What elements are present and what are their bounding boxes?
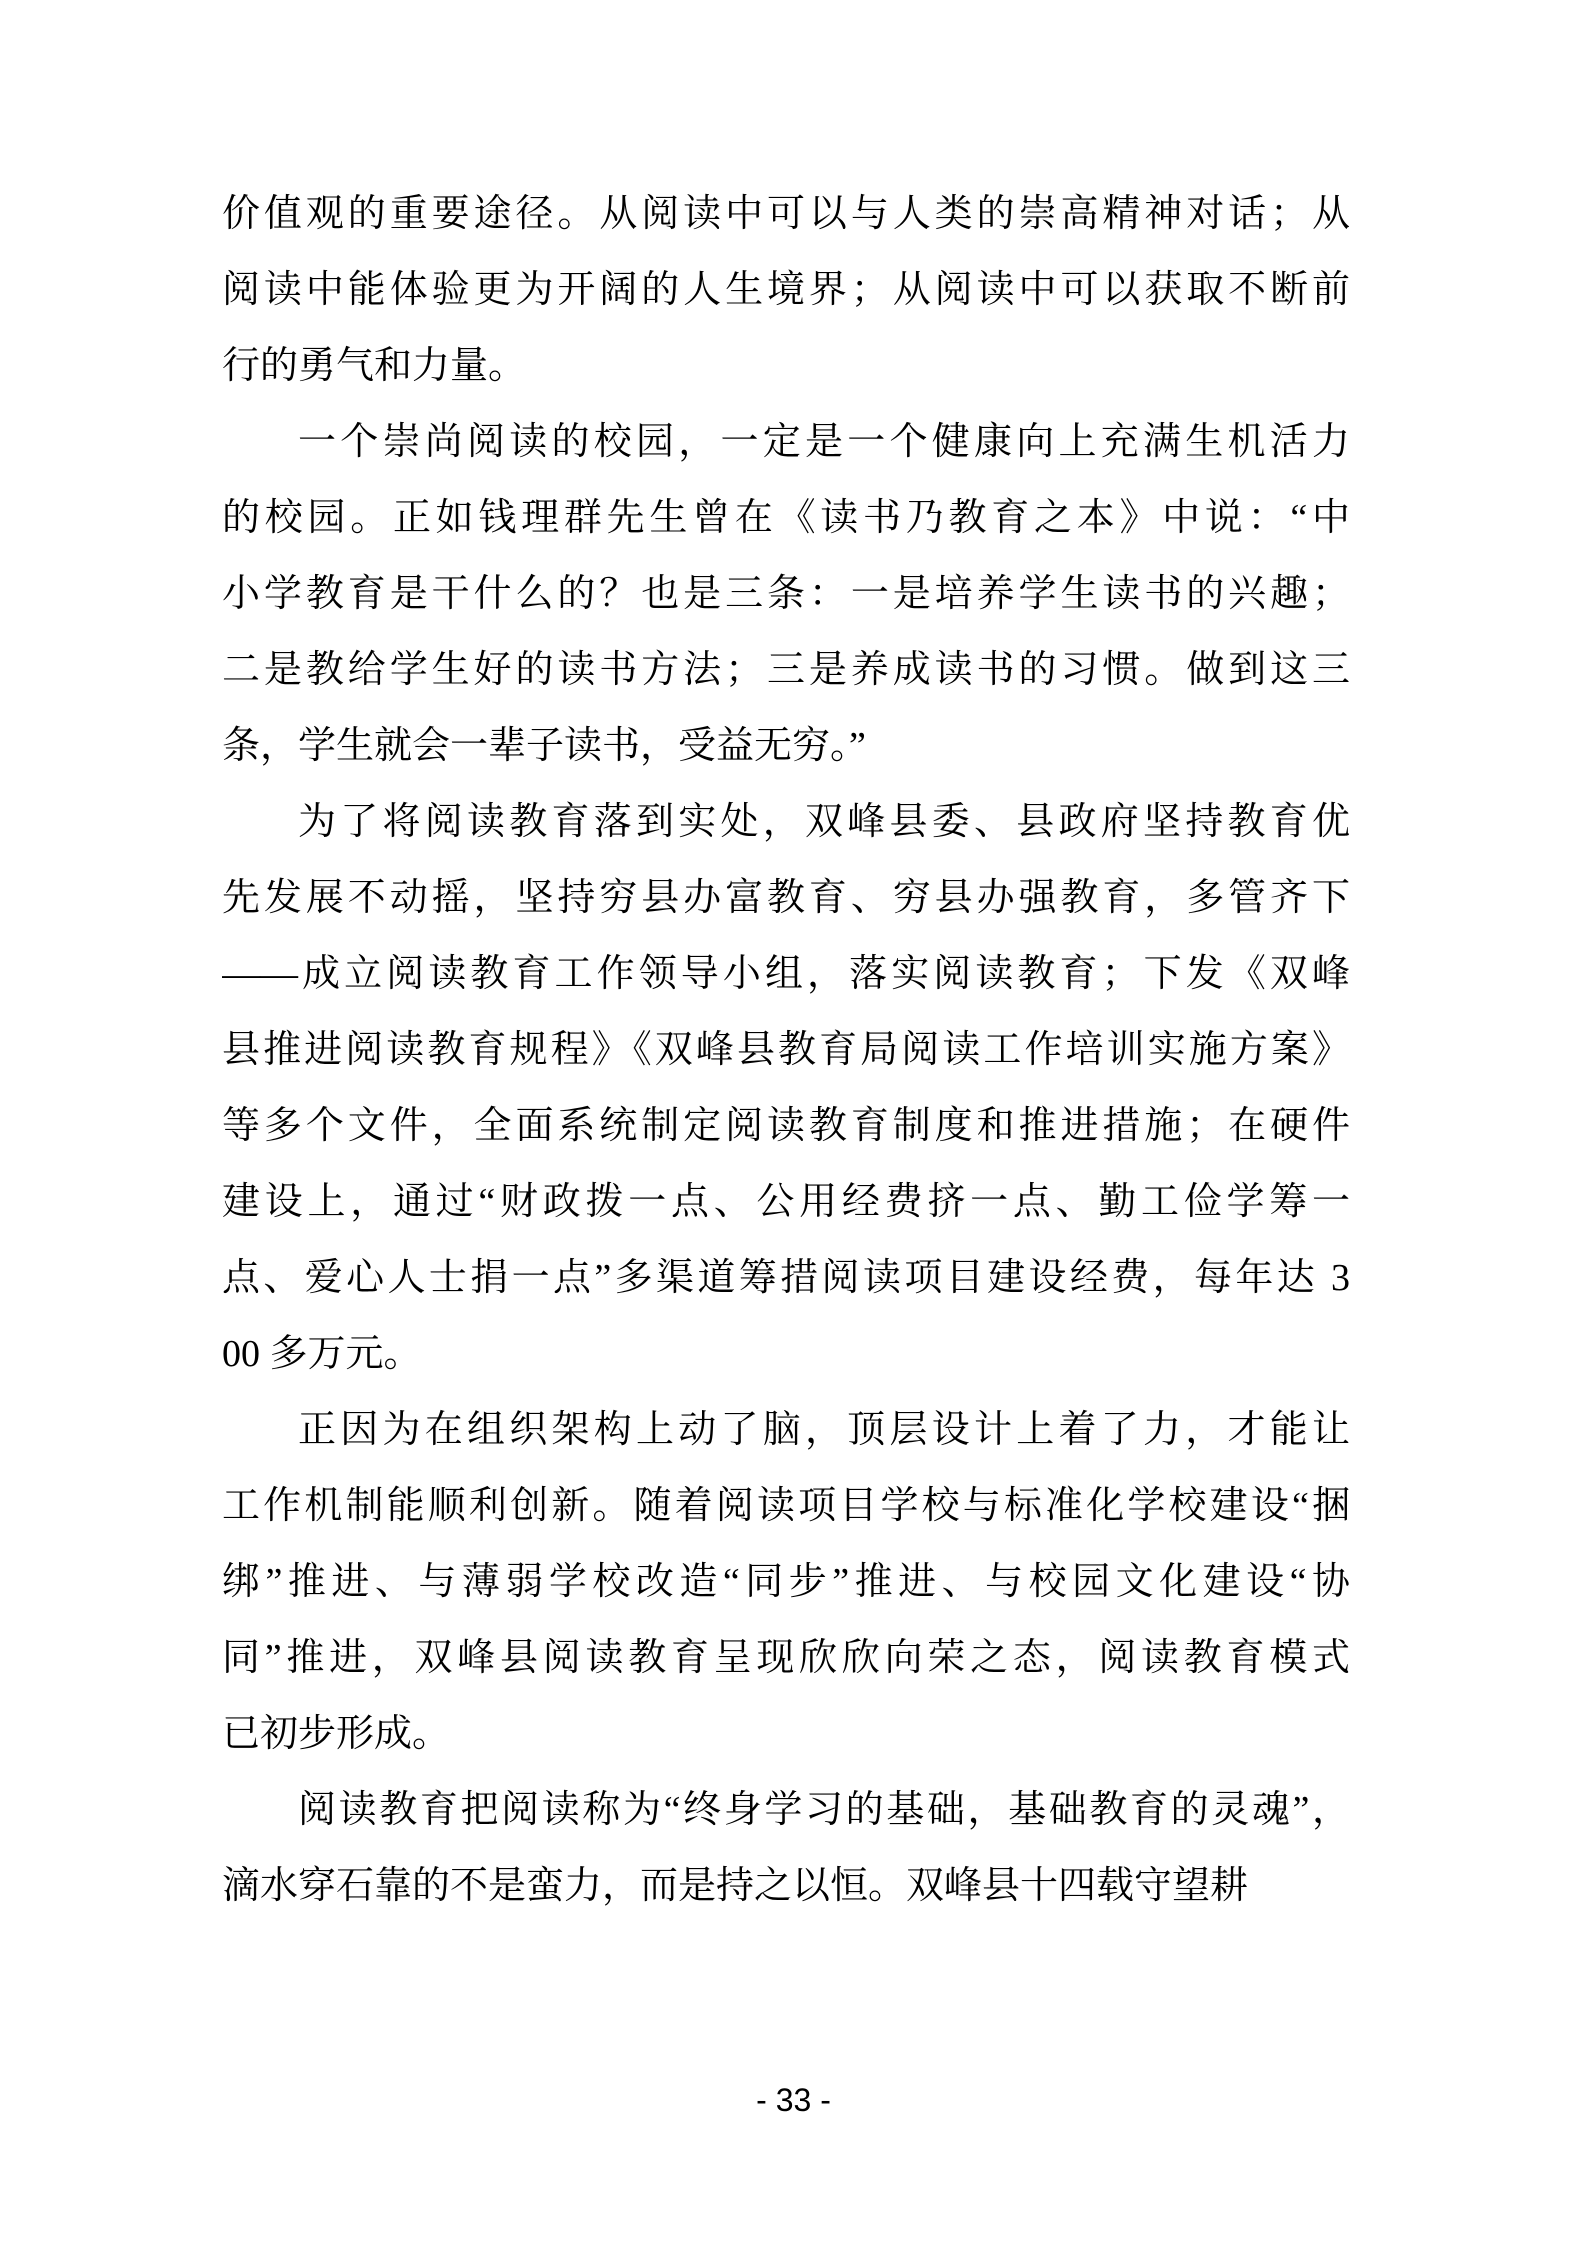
text-line: 先发展不动摇，坚持穷县办富教育、穷县办强教育，多管齐下 (222, 860, 1350, 936)
paragraph: 价值观的重要途径。从阅读中可以与人类的崇高精神对话；从阅读中能体验更为开阔的人生… (222, 176, 1350, 404)
text-line: 正因为在组织架构上动了脑，顶层设计上着了力，才能让 (222, 1392, 1350, 1468)
text-line: 00 多万元。 (222, 1316, 1350, 1392)
paragraph: 正因为在组织架构上动了脑，顶层设计上着了力，才能让工作机制能顺利创新。随着阅读项… (222, 1392, 1350, 1772)
text-line: 二是教给学生好的读书方法；三是养成读书的习惯。做到这三 (222, 632, 1350, 708)
text-line: 阅读中能体验更为开阔的人生境界；从阅读中可以获取不断前 (222, 252, 1350, 328)
text-line: 滴水穿石靠的不是蛮力，而是持之以恒。双峰县十四载守望耕 (222, 1848, 1350, 1924)
text-line: 为了将阅读教育落到实处，双峰县委、县政府坚持教育优 (222, 784, 1350, 860)
text-line: 阅读教育把阅读称为“终身学习的基础，基础教育的灵魂”， (222, 1772, 1350, 1848)
text-line: 行的勇气和力量。 (222, 328, 1350, 404)
text-line: ——成立阅读教育工作领导小组，落实阅读教育；下发《双峰 (222, 936, 1350, 1012)
text-line: 一个崇尚阅读的校园，一定是一个健康向上充满生机活力 (222, 404, 1350, 480)
text-line: 条，学生就会一辈子读书，受益无穷。” (222, 708, 1350, 784)
text-line: 县推进阅读教育规程》《双峰县教育局阅读工作培训实施方案》 (222, 1012, 1350, 1088)
text-line: 建设上，通过“财政拨一点、公用经费挤一点、勤工俭学筹一 (222, 1164, 1350, 1240)
text-line: 已初步形成。 (222, 1696, 1350, 1772)
text-line: 绑”推进、与薄弱学校改造“同步”推进、与校园文化建设“协 (222, 1544, 1350, 1620)
paragraph: 为了将阅读教育落到实处，双峰县委、县政府坚持教育优先发展不动摇，坚持穷县办富教育… (222, 784, 1350, 1392)
text-line: 的校园。正如钱理群先生曾在《读书乃教育之本》中说：“中 (222, 480, 1350, 556)
paragraph: 阅读教育把阅读称为“终身学习的基础，基础教育的灵魂”，滴水穿石靠的不是蛮力，而是… (222, 1772, 1350, 1924)
document-page: 价值观的重要途径。从阅读中可以与人类的崇高精神对话；从阅读中能体验更为开阔的人生… (0, 0, 1587, 2245)
text-line: 等多个文件，全面系统制定阅读教育制度和推进措施；在硬件 (222, 1088, 1350, 1164)
text-line: 同”推进，双峰县阅读教育呈现欣欣向荣之态，阅读教育模式 (222, 1620, 1350, 1696)
paragraph: 一个崇尚阅读的校园，一定是一个健康向上充满生机活力的校园。正如钱理群先生曾在《读… (222, 404, 1350, 784)
document-body: 价值观的重要途径。从阅读中可以与人类的崇高精神对话；从阅读中能体验更为开阔的人生… (222, 176, 1350, 1924)
text-line: 小学教育是干什么的？也是三条：一是培养学生读书的兴趣； (222, 556, 1350, 632)
text-line: 工作机制能顺利创新。随着阅读项目学校与标准化学校建设“捆 (222, 1468, 1350, 1544)
page-number: - 33 - (0, 2082, 1587, 2118)
text-line: 点、爱心人士捐一点”多渠道筹措阅读项目建设经费，每年达 3 (222, 1240, 1350, 1316)
text-line: 价值观的重要途径。从阅读中可以与人类的崇高精神对话；从 (222, 176, 1350, 252)
